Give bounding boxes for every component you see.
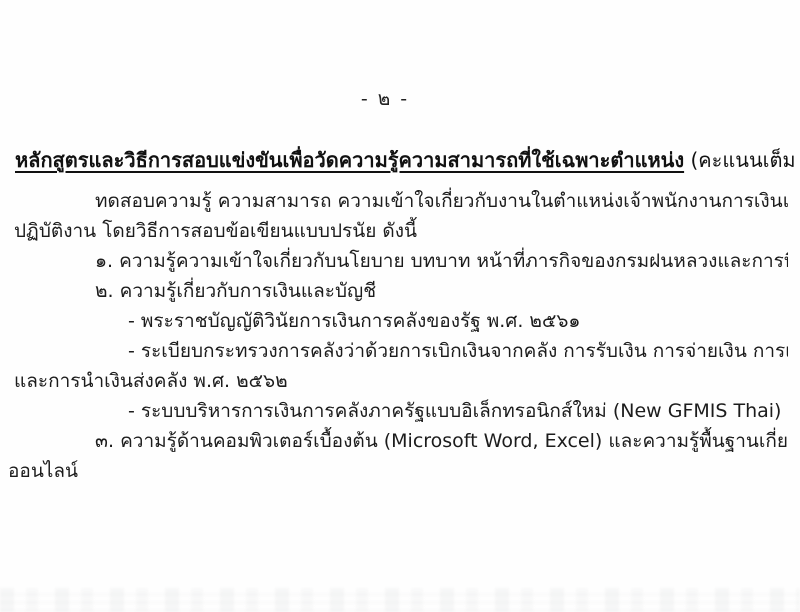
scan-bleedthrough-artifact <box>0 588 800 612</box>
document-text-line: - ระเบียบกระทรวงการคลังว่าด้วยการเบิกเงิ… <box>14 336 788 366</box>
document-text-line: ๑. ความรู้ความเข้าใจเกี่ยวกับนโยบาย บทบา… <box>14 246 788 276</box>
document-text-line: ปฏิบัติงาน โดยวิธีการสอบข้อเขียนแบบปรนัย… <box>14 216 788 246</box>
document-text-line: - ระบบบริหารการเงินการคลังภาครัฐแบบอิเล็… <box>14 396 788 426</box>
document-text-line: ออนไลน์ <box>8 456 788 486</box>
section-heading-underlined-text: หลักสูตรและวิธีการสอบแข่งขันเพื่อวัดความ… <box>15 148 684 172</box>
page-number: - ๒ - <box>0 84 770 114</box>
document-text-line: ๓. ความรู้ด้านคอมพิวเตอร์เบื้องต้น (Micr… <box>14 426 788 456</box>
document-body: ทดสอบความรู้ ความสามารถ ความเข้าใจเกี่ยว… <box>14 186 788 486</box>
section-heading: หลักสูตรและวิธีการสอบแข่งขันเพื่อวัดความ… <box>15 144 790 176</box>
document-text-line: และการนำเงินส่งคลัง พ.ศ. ๒๕๖๒ <box>14 366 788 396</box>
document-text-line: - พระราชบัญญัติวินัยการเงินการคลังของรัฐ… <box>14 306 788 336</box>
scanned-document-page: - ๒ - หลักสูตรและวิธีการสอบแข่งขันเพื่อว… <box>0 0 800 612</box>
document-text-line: ทดสอบความรู้ ความสามารถ ความเข้าใจเกี่ยว… <box>14 186 788 216</box>
section-heading-score-note: (คะแนนเต็ม ๒๐๐ คะแนน) <box>684 148 800 172</box>
document-text-line: ๒. ความรู้เกี่ยวกับการเงินและบัญชี <box>14 276 788 306</box>
